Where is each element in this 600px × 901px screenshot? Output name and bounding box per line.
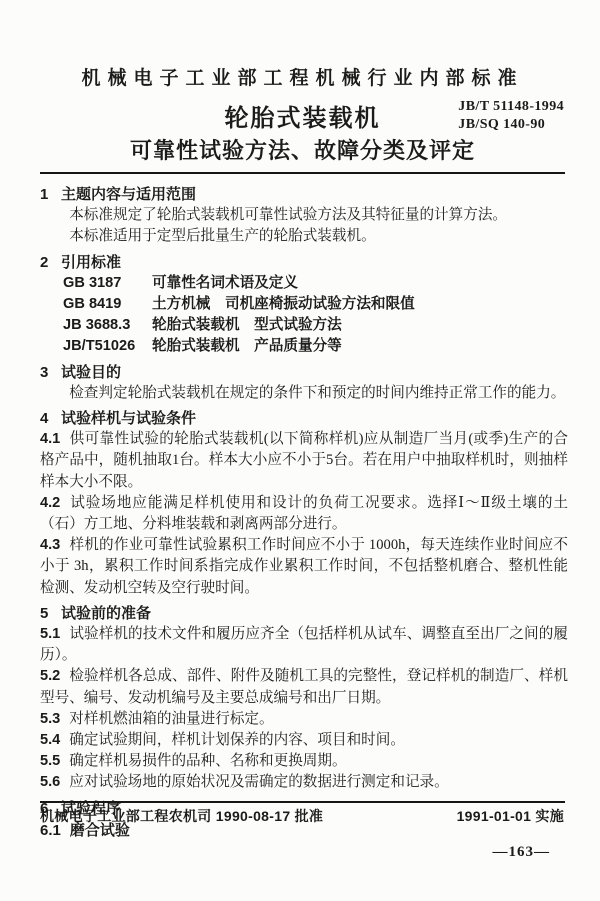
clause: 5.3对样机燃油箱的油量进行标定。 xyxy=(40,709,568,730)
clause-number: 5.6 xyxy=(40,774,60,790)
paragraph: 检查判定轮胎式装载机在规定的条件下和预定的时间内维持正常工作的能力。 xyxy=(40,383,568,404)
section-4-heading: 4试验样机与试验条件 xyxy=(40,408,568,429)
clause-text: 确定样机易损件的品种、名称和更换周期。 xyxy=(69,753,346,769)
clause-number: 5.2 xyxy=(40,668,60,684)
clause: 4.1供可靠性试验的轮胎式装载机(以下简称样机)应从制造厂当月(或季)生产的合格… xyxy=(40,429,568,493)
clause-number: 5.4 xyxy=(40,732,60,748)
clause-text: 样机的作业可靠性试验累积工作时间应不小于 1000h，每天连续作业时间应不小于 … xyxy=(40,537,568,595)
clause-number: 4.2 xyxy=(40,495,60,511)
clause-text: 供可靠性试验的轮胎式装载机(以下简称样机)应从制造厂当月(或季)生产的合格产品中… xyxy=(40,431,568,489)
header-org-line: 机械电子工业部工程机械行业内部标准 xyxy=(40,66,565,92)
reference-code: GB 3187 xyxy=(63,273,152,294)
clause: 5.2检验样机各总成、部件、附件及随机工具的完整性，登记样机的制造厂、样机型号、… xyxy=(40,666,568,708)
footer-implementation: 1991-01-01 实施 xyxy=(457,806,564,826)
section-title: 试验目的 xyxy=(61,364,121,381)
header-rule xyxy=(40,172,565,174)
section-number: 1 xyxy=(40,184,50,205)
section-3-heading: 3试验目的 xyxy=(40,362,568,383)
clause-text: 试验场地应能满足样机使用和设计的负荷工况要求。选择Ⅰ～Ⅱ级土壤的土（石）方工地、… xyxy=(40,495,568,532)
clause: 5.4确定试验期间，样机计划保养的内容、项目和时间。 xyxy=(40,730,568,751)
clause: 5.5确定样机易损件的品种、名称和更换周期。 xyxy=(40,751,568,772)
section-1-heading: 1主题内容与适用范围 xyxy=(40,184,568,205)
reference-code: JB 3688.3 xyxy=(63,315,152,336)
section-number: 2 xyxy=(40,252,50,273)
clause-number: 5.1 xyxy=(40,626,60,642)
page-number: —163— xyxy=(493,842,551,862)
clause-number: 5.5 xyxy=(40,753,60,769)
standard-doc-title: 可靠性试验方法、故障分类及评定 xyxy=(40,138,565,164)
clause-text: 检验样机各总成、部件、附件及随机工具的完整性，登记样机的制造厂、样机型号、编号、… xyxy=(40,668,568,705)
clause-text: 应对试验场地的原始状况及需确定的数据进行测定和记录。 xyxy=(69,774,448,790)
standard-numbers: JB/T 51148-1994 JB/SQ 140-90 xyxy=(458,98,564,133)
standard-number-secondary: JB/SQ 140-90 xyxy=(458,116,564,134)
clause-text: 确定试验期间，样机计划保养的内容、项目和时间。 xyxy=(69,732,405,748)
reference-code: GB 8419 xyxy=(63,294,152,315)
footer: 机械电子工业部工程农机司 1990-08-17 批准 1991-01-01 实施 xyxy=(40,806,564,826)
clause-number: 4.1 xyxy=(40,431,60,447)
section-number: 5 xyxy=(40,603,50,624)
standard-number-primary: JB/T 51148-1994 xyxy=(458,98,564,116)
section-number: 3 xyxy=(40,362,50,383)
section-2-heading: 2引用标准 xyxy=(40,252,568,273)
document-page: 机械电子工业部工程机械行业内部标准 轮胎式装载机 JB/T 51148-1994… xyxy=(0,0,600,901)
section-title: 引用标准 xyxy=(61,254,121,271)
reference-row: JB 3688.3轮胎式装载机 型式试验方法 xyxy=(40,315,568,336)
reference-row: GB 3187可靠性名词术语及定义 xyxy=(40,273,568,294)
section-number: 4 xyxy=(40,408,50,429)
reference-title: 轮胎式装载机 产品质量分等 xyxy=(152,338,342,354)
clause: 4.2试验场地应能满足样机使用和设计的负荷工况要求。选择Ⅰ～Ⅱ级土壤的土（石）方… xyxy=(40,493,568,535)
clause: 4.3样机的作业可靠性试验累积工作时间应不小于 1000h，每天连续作业时间应不… xyxy=(40,535,568,599)
reference-row: JB/T51026轮胎式装载机 产品质量分等 xyxy=(40,336,568,357)
reference-code: JB/T51026 xyxy=(63,336,152,357)
clause-text: 试验样机的技术文件和履历应齐全（包括样机从试车、调整直至出厂之间的履历）。 xyxy=(40,626,568,663)
document-body: 1主题内容与适用范围 本标准规定了轮胎式装载机可靠性试验方法及其特征量的计算方法… xyxy=(40,184,568,841)
section-title: 试验样机与试验条件 xyxy=(61,410,196,427)
footer-rule xyxy=(40,801,565,803)
clause-text: 对样机燃油箱的油量进行标定。 xyxy=(69,711,273,727)
reference-title: 轮胎式装载机 型式试验方法 xyxy=(152,317,342,333)
reference-title: 土方机械 司机座椅振动试验方法和限值 xyxy=(152,296,415,312)
clause: 5.6应对试验场地的原始状况及需确定的数据进行测定和记录。 xyxy=(40,772,568,793)
paragraph: 本标准规定了轮胎式装载机可靠性试验方法及其特征量的计算方法。 xyxy=(40,205,568,226)
clause-number: 4.3 xyxy=(40,537,60,553)
footer-approval: 机械电子工业部工程农机司 1990-08-17 批准 xyxy=(40,806,323,826)
clause: 5.1试验样机的技术文件和履历应齐全（包括样机从试车、调整直至出厂之间的履历）。 xyxy=(40,624,568,666)
section-title: 试验前的准备 xyxy=(61,605,151,622)
paragraph: 本标准适用于定型后批量生产的轮胎式装载机。 xyxy=(40,226,568,247)
section-title: 主题内容与适用范围 xyxy=(61,186,196,203)
clause-number: 5.3 xyxy=(40,711,60,727)
section-5-heading: 5试验前的准备 xyxy=(40,603,568,624)
reference-row: GB 8419土方机械 司机座椅振动试验方法和限值 xyxy=(40,294,568,315)
reference-title: 可靠性名词术语及定义 xyxy=(152,275,298,291)
